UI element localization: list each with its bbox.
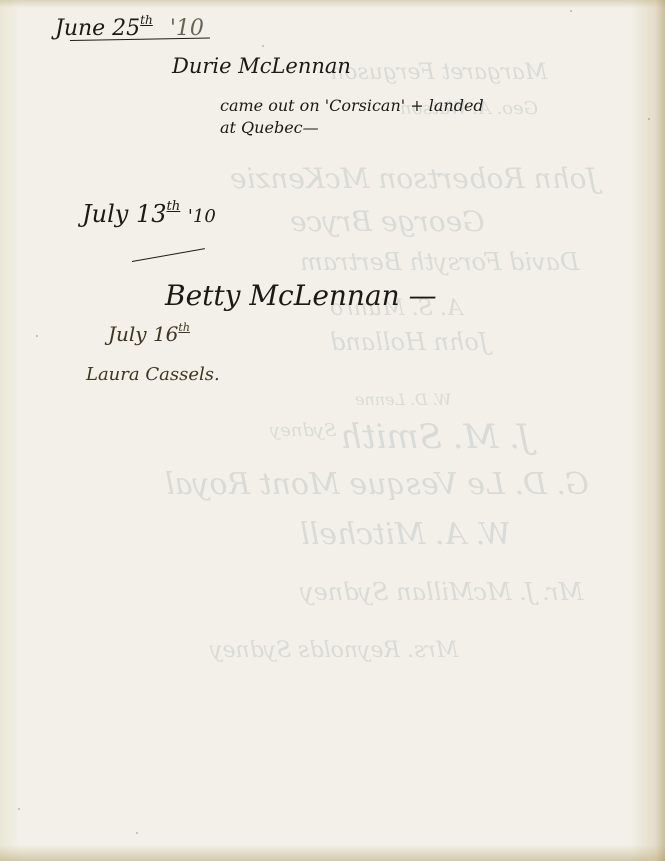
paper-speck [136, 832, 138, 834]
entry-date-suffix: th [178, 321, 190, 334]
entry-name: Laura Cassels. [86, 366, 220, 384]
paper-speck [36, 335, 38, 337]
paper-speck [648, 118, 650, 120]
bleed-through-line: Mr. J. McMillan Sydney [300, 580, 583, 604]
entry-name: Betty McLennan — [165, 282, 437, 310]
bleed-through-line: G. D. Le Vesque Mont Royal [165, 470, 589, 500]
bleed-through-line: W. A. Mitchell [300, 520, 511, 550]
entry-date-day: July 13 [82, 200, 166, 228]
entry-date: July 16th [108, 322, 190, 344]
bleed-through-line: David Forsyth Bertram [300, 250, 579, 274]
guestbook-page: Margaret Ferguson Geo. A. Watson John Ro… [0, 0, 665, 861]
entry-date: June 25th '10 [55, 14, 204, 40]
entry-name: Durie McLennan [172, 56, 351, 77]
entry-note: came out on 'Corsican' + landed [220, 98, 484, 114]
entry-date-suffix: th [140, 13, 153, 27]
bleed-through-line: John Robertson McKenzie [230, 165, 598, 193]
bleed-through-line: Margaret Ferguson [330, 62, 547, 84]
entry-date-suffix: th [166, 199, 180, 214]
entry-note: at Quebec— [220, 120, 319, 136]
bleed-through-line: W. D. Lenne [355, 392, 451, 408]
entry-date-day: July 16 [108, 322, 178, 346]
paper-speck [262, 45, 264, 47]
entry-date-year: '10 [188, 206, 216, 227]
bleed-through-line: John Holland [330, 330, 488, 354]
bleed-through-line: Mrs. Reynolds Sydney [210, 640, 458, 662]
paper-speck [18, 808, 20, 810]
bleed-through-line: George Bryce [290, 208, 485, 236]
bleed-through-line: Sydney [270, 422, 336, 440]
entry-date: July 13th '10 [82, 200, 216, 226]
bleed-through-line: J. M. Smith [340, 420, 531, 454]
paper-speck [570, 10, 572, 12]
entry-date-day: June 25 [55, 16, 140, 41]
date-underline [132, 248, 205, 262]
